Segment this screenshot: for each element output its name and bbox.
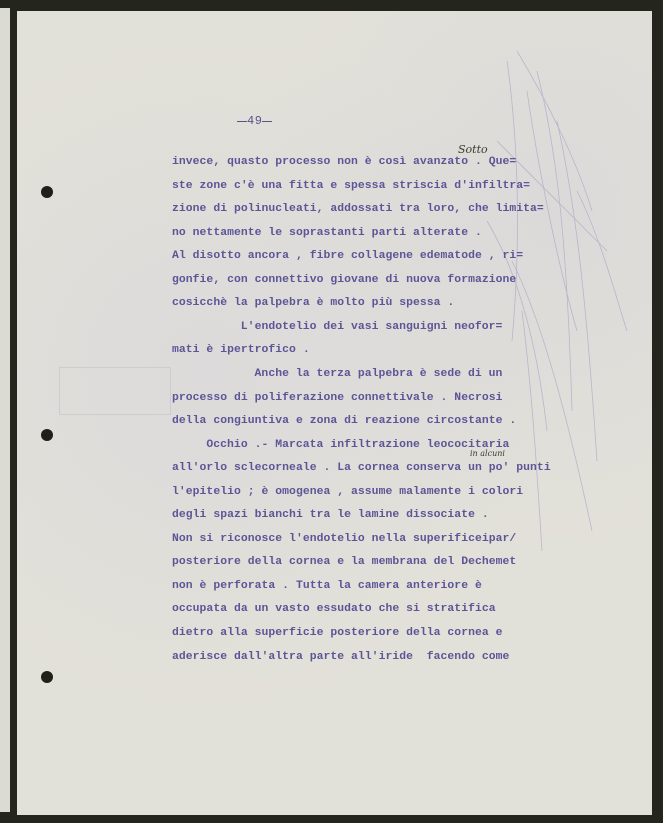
- text-line: Occhio .- Marcata infiltrazione leococit…: [206, 439, 509, 451]
- text-line: mati è ipertrofico .: [172, 344, 310, 356]
- punch-hole: [41, 186, 53, 198]
- text-line: Non si riconosce l'endotelio nella super…: [172, 533, 516, 545]
- text-line: aderisce dall'altra parte all'iride face…: [172, 651, 509, 663]
- text-line: processo di poliferazione connettivale .…: [172, 392, 503, 404]
- handwritten-annotation-in-alcuni: in alcuni: [470, 449, 505, 458]
- text-line: cosicchè la palpebra è molto più spessa …: [172, 297, 454, 309]
- punch-hole: [41, 429, 53, 441]
- text-line: ste zone c'è una fitta e spessa striscia…: [172, 180, 530, 192]
- text-line: invece, quasto processo non è così avanz…: [172, 156, 516, 168]
- text-line: zione di polinucleati, addossati tra lor…: [172, 203, 544, 215]
- text-line: non è perforata . Tutta la camera anteri…: [172, 580, 482, 592]
- handwritten-annotation-sotto: Sotto: [458, 143, 488, 156]
- text-line: l'epitelio ; è omogenea , assume malamen…: [172, 486, 523, 498]
- page-number: 49: [237, 114, 272, 128]
- text-line: gonfie, con connettivo giovane di nuova …: [172, 274, 516, 286]
- text-line: all'orlo sclecorneale . La cornea conser…: [172, 462, 551, 474]
- text-line: Al disotto ancora , fibre collagene edem…: [172, 250, 523, 262]
- faint-stamp: [59, 367, 171, 415]
- text-line: dietro alla superficie posteriore della …: [172, 627, 503, 639]
- document-page: 49 invece, quasto processo non è così av…: [17, 11, 652, 815]
- punch-hole: [41, 671, 53, 683]
- text-line: posteriore della cornea e la membrana de…: [172, 556, 516, 568]
- text-line: della congiuntiva e zona di reazione cir…: [172, 415, 516, 427]
- text-line: degli spazi bianchi tra le lamine dissoc…: [172, 509, 489, 521]
- text-line: L'endotelio dei vasi sanguigni neofor=: [241, 321, 503, 333]
- page-number-text: 49: [247, 114, 262, 128]
- text-line: no nettamente le soprastanti parti alter…: [172, 227, 482, 239]
- text-line: Anche la terza palpebra è sede di un: [255, 368, 503, 380]
- previous-page-edge: [0, 8, 10, 812]
- text-line: occupata da un vasto essudato che si str…: [172, 603, 496, 615]
